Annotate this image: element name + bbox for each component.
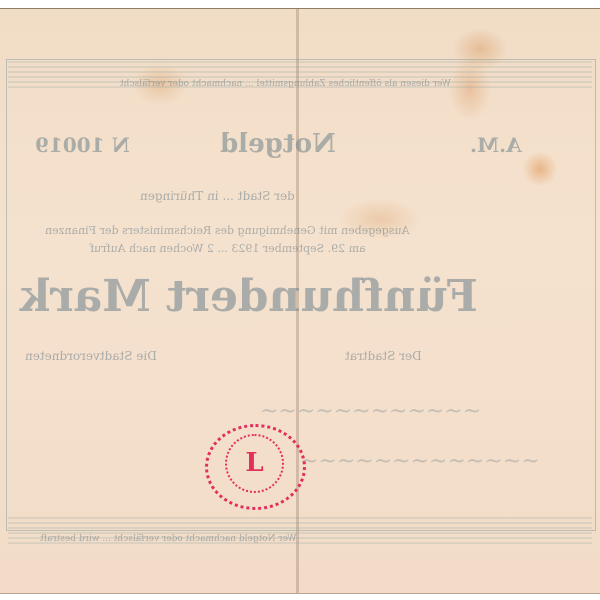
red-stamp: L: [225, 434, 284, 493]
header-text: Notgeld: [220, 129, 336, 159]
signatory-left: Der Stadtrat: [345, 349, 422, 363]
top-band-text: Wer diesen als öffentliches Zahlungsmitt…: [120, 79, 451, 89]
signature-2: ~~~~~~~~~~~~~: [300, 449, 540, 474]
authorization-line-2: am 29. September 1923 ... 2 Wochen nach …: [90, 242, 366, 255]
denomination-text: Fünfhundert Mark: [20, 271, 478, 322]
issuer-line: der Stadt ... in Thüringen: [140, 189, 295, 203]
serial-number: N 10019: [35, 133, 130, 157]
serial-prefix: A.M.: [470, 133, 522, 157]
bottom-band-text: Wer Notgeld nachmacht oder verfälscht ..…: [40, 534, 297, 544]
signatory-right: Die Stadtverordneten: [25, 349, 157, 363]
signature-1: ~~~~~~~~~~~~: [260, 399, 481, 424]
banknote-scan: Wer diesen als öffentliches Zahlungsmitt…: [0, 8, 600, 594]
authorization-line-1: Ausgegeben mit Genehmigung des Reichsmin…: [45, 224, 409, 237]
